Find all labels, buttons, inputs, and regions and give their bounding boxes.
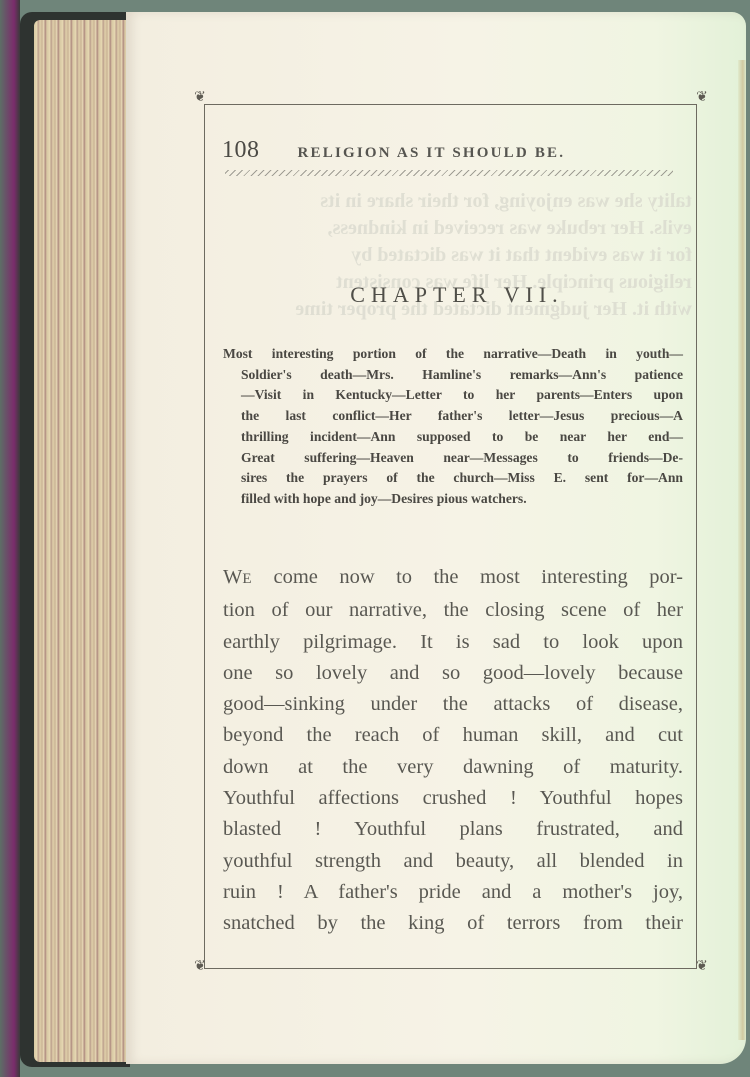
- synopsis-line: the last conflict—Her father's letter—Je…: [223, 406, 683, 427]
- smallcap-letter: E: [242, 571, 252, 587]
- corner-ornament-icon: ❦: [193, 91, 207, 105]
- body-line-first: WE come now to the most interesting por-: [223, 562, 683, 595]
- body-line: one so lovely and so good—lovely because: [223, 658, 683, 689]
- synopsis-line: Great suffering—Heaven near—Messages to …: [223, 448, 683, 469]
- synopsis-line: sires the prayers of the church—Miss E. …: [223, 468, 683, 489]
- corner-ornament-icon: ❦: [695, 960, 709, 974]
- body-line: youthful strength and beauty, all blende…: [223, 846, 683, 877]
- body-line: Youthful affections crushed ! Youthful h…: [223, 783, 683, 814]
- dropcap-letter: W: [223, 566, 242, 588]
- scan-backdrop: [0, 0, 20, 1077]
- body-line: tion of our narrative, the closing scene…: [223, 595, 683, 626]
- body-line: earthly pilgrimage. It is sad to look up…: [223, 627, 683, 658]
- body-line: ruin ! A father's pride and a mother's j…: [223, 877, 683, 908]
- body-paragraph: WE come now to the most interesting por-…: [223, 562, 683, 940]
- body-line: beyond the reach of human skill, and cut: [223, 720, 683, 751]
- running-head: 108 RELIGION AS IT SHOULD BE.: [222, 137, 682, 167]
- body-line: good—sinking under the attacks of diseas…: [223, 689, 683, 720]
- synopsis-line: Soldier's death—Mrs. Hamline's remarks—A…: [223, 365, 683, 386]
- running-title: RELIGION AS IT SHOULD BE.: [298, 145, 566, 162]
- body-line: blasted ! Youthful plans frustrated, and: [223, 814, 683, 845]
- chapter-synopsis: Most interesting portion of the narrativ…: [223, 344, 683, 510]
- synopsis-line: thrilling incident—Ann supposed to be ne…: [223, 427, 683, 448]
- page-fore-edge: [738, 60, 746, 1040]
- page-number: 108: [222, 137, 260, 164]
- corner-ornament-icon: ❦: [695, 91, 709, 105]
- body-line: down at the very dawning of maturity.: [223, 752, 683, 783]
- synopsis-line: —Visit in Kentucky—Letter to her parents…: [223, 385, 683, 406]
- wavy-rule-divider: [225, 170, 673, 176]
- chapter-title: CHAPTER VII.: [222, 282, 692, 308]
- synopsis-line: Most interesting portion of the narrativ…: [223, 344, 683, 365]
- corner-ornament-icon: ❦: [193, 960, 207, 974]
- page-edges: [34, 20, 126, 1062]
- synopsis-line: filled with hope and joy—Desires pious w…: [223, 489, 683, 510]
- body-line: snatched by the king of terrors from the…: [223, 908, 683, 939]
